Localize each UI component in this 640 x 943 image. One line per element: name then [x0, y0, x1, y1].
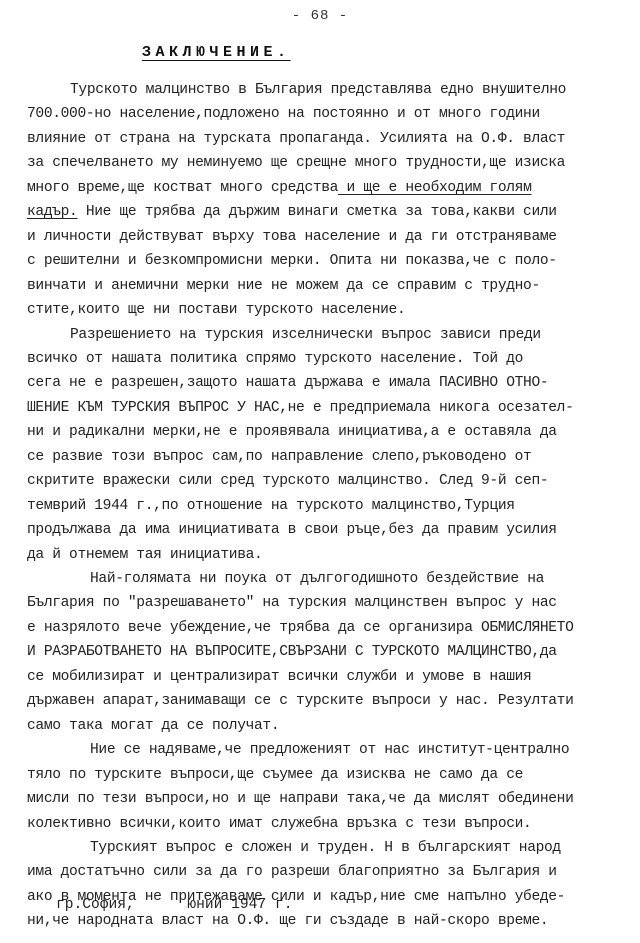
page-title: ЗАКЛЮЧЕНИЕ. [142, 44, 291, 61]
text-line: Турският въпрос е сложен и труден. Н в б… [90, 839, 561, 857]
text-line: да й отнемем тая инициатива. [27, 546, 262, 564]
text-line: е назрялото вече убеждение,че трябва да … [27, 619, 574, 637]
text-line: влияние от страна на турската пропаганда… [27, 130, 565, 148]
text-line: Ние се надяваме,че предложеният от нас и… [90, 741, 569, 759]
text-line: Разрешението на турския изселнически въп… [70, 326, 541, 344]
text-line: продължава да има инициативата в свои ръ… [27, 521, 557, 539]
text-line: много време,ще костват много средства и … [27, 179, 531, 197]
text-line: ни,че народната власт на О.Ф. ще ги създ… [27, 912, 548, 930]
page-number: - 68 - [0, 8, 640, 24]
text-line: с решителни и безкомпромисни мерки. Опит… [27, 252, 557, 270]
text-line: стите,които ще ни постави турското насел… [27, 301, 405, 319]
text-line: и личности действуват върху това населен… [27, 228, 557, 246]
text-line: И РАЗРАБОТВАНЕТО НА ВЪПРОСИТЕ,СВЪРЗАНИ С… [27, 643, 557, 661]
text-line: кадър. Ние ще трябва да държим винаги см… [27, 203, 557, 221]
text-line: държавен апарат,занимаващи се с турските… [27, 692, 574, 710]
spacer [135, 897, 188, 913]
text-line: 700.000-но население,подложено на постоя… [27, 105, 540, 123]
text-line: темврий 1944 г.,по отношение на турското… [27, 497, 515, 515]
text-line: Турското малцинство в България представл… [70, 81, 566, 99]
text-run: много време,ще костват много средства [27, 180, 338, 196]
text-line: България по "разрешаването" на турския м… [27, 594, 557, 612]
text-line: ШЕНИЕ КЪМ ТУРСКИЯ ВЪПРОС У НАС,не е пред… [27, 399, 574, 417]
text-run: Ние ще трябва да държим винаги сметка за… [77, 204, 556, 220]
text-line: само така могат да се получат. [27, 717, 279, 735]
text-line: винчати и анемични мерки ние не можем да… [27, 277, 540, 295]
text-line: се развие този въпрос сам,по направление… [27, 448, 531, 466]
text-line: Най-голямата ни поука от дългогодишното … [90, 570, 544, 588]
text-line: ни и радикални мерки,не е проявявала ини… [27, 423, 557, 441]
text-line: има достатъчно сили за да го разреши бла… [27, 863, 557, 881]
text-line: всичко от нашата политика спрямо турскот… [27, 350, 523, 368]
underlined-text: и ще е необходим голям [338, 180, 531, 196]
text-line: тяло по турските въпроси,ще съумее да из… [27, 766, 523, 784]
place: гр.София, [56, 897, 135, 913]
underlined-text: кадър. [27, 204, 77, 220]
text-line: сега не е разрешен,защото нашата държава… [27, 374, 548, 392]
text-line: за спечелването му неминуемо ще срещне м… [27, 154, 565, 172]
text-line: мисли по тези въпроси,но и ще направи та… [27, 790, 574, 808]
text-line: колективно всички,които имат служебна вр… [27, 815, 531, 833]
date: юний 1947 г. [187, 897, 292, 913]
text-line: се мобилизират и централизират всички сл… [27, 668, 531, 686]
signature-line: гр.София, юний 1947 г. [56, 897, 292, 913]
text-line: скритите вражески сили сред турското мал… [27, 472, 548, 490]
